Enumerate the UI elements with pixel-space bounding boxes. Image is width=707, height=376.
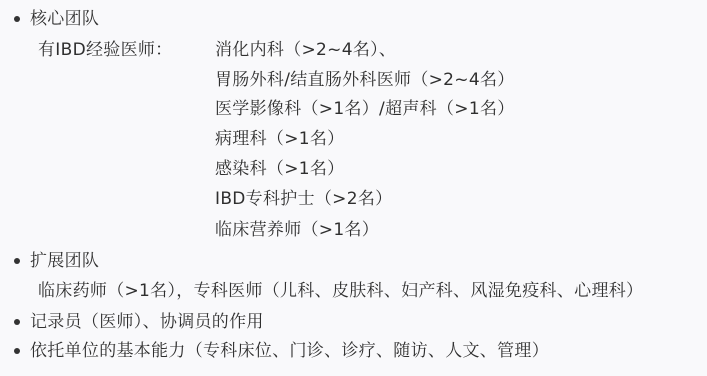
bullet-icon [14, 348, 20, 354]
bullet-icon [14, 258, 20, 264]
core-team-label: 有IBD经验医师： [38, 39, 172, 61]
recorder-text: 记录员（医师）、协调员的作用 [30, 311, 264, 333]
extended-team-heading: 扩展团队 [30, 250, 99, 272]
core-team-heading: 核心团队 [30, 8, 99, 30]
core-team-item: IBD专科护士（>2名） [215, 188, 392, 210]
bullet-icon [14, 319, 20, 325]
core-team-item: 临床营养师（>1名） [215, 219, 379, 241]
core-team-item: 消化内科（>2~4名）、 [215, 39, 396, 61]
core-team-item: 感染科（>1名） [215, 158, 344, 180]
bullet-icon [14, 16, 20, 22]
host-capability-text: 依托单位的基本能力（专科床位、门诊、诊疗、随访、人文、管理） [30, 340, 549, 362]
core-team-item: 胃肠外科/结直肠外科医师（>2~4名） [215, 69, 515, 91]
core-team-item: 病理科（>1名） [215, 128, 344, 150]
core-team-item: 医学影像科（>1名）/超声科（>1名） [215, 98, 515, 120]
extended-team-detail: 临床药师（>1名），专科医师（儿科、皮肤科、妇产科、风湿免疫科、心理科） [38, 280, 643, 302]
